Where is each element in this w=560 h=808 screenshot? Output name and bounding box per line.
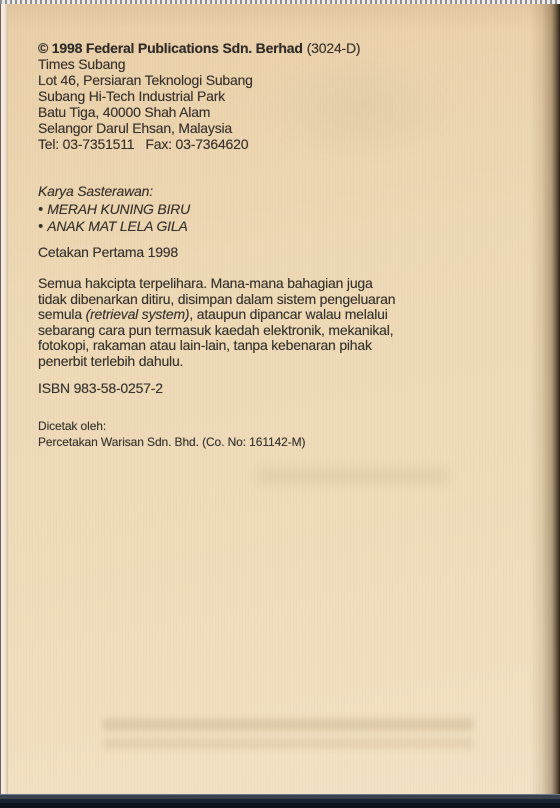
isbn-line: ISBN 983-58-0257-2 [38,380,163,396]
rights-paragraph: Semua hakcipta terpelihara. Mana-mana ba… [38,276,438,370]
retrieval-system-italic: (retrieval system) [86,306,190,322]
works-block: Karya Sasterawan: ● MERAH KUNING BIRU ● … [38,183,190,236]
work-title: ANAK MAT LELA GILA [47,218,187,236]
work-item: ● ANAK MAT LELA GILA [38,218,190,236]
rights-text: , ataupun dipancar walau melalui [189,306,387,322]
works-heading: Karya Sasterawan: [38,183,190,201]
page-paper: © 1998 Federal Publications Sdn. Berhad(… [8,4,560,794]
rights-line: sebarang cara pun termasuk kaedah elektr… [38,323,438,339]
page-showthrough-ghost [258,462,448,496]
registration-number: (3024-D) [307,40,361,56]
bullet-icon: ● [38,200,43,218]
printer-block: Dicetak oleh: Percetakan Warisan Sdn. Bh… [38,419,305,450]
copyright-text: © 1998 Federal Publications Sdn. Berhad [38,40,303,56]
facing-page-sliver [0,4,8,794]
address-line: Lot 46, Persiaran Teknologi Subang [38,72,360,88]
rights-text: semula [38,306,86,322]
address-line: Subang Hi-Tech Industrial Park [38,88,360,104]
page-showthrough-ghost [103,704,473,760]
address-line: Selangor Darul Ehsan, Malaysia [38,120,360,136]
rights-line: fotokopi, rakaman atau lain-lain, tanpa … [38,338,438,354]
address-line: Batu Tiga, 40000 Shah Alam [38,104,360,120]
scan-edge-bottom [0,794,560,808]
copyright-line: © 1998 Federal Publications Sdn. Berhad(… [38,40,360,56]
bullet-icon: ● [38,218,43,236]
scan-edge-top [0,0,560,4]
work-item: ● MERAH KUNING BIRU [38,201,190,219]
rights-line: semula (retrieval system), ataupun dipan… [38,307,438,323]
rights-line: Semua hakcipta terpelihara. Mana-mana ba… [38,276,438,292]
tel-fax-line: Tel: 03-7351511 Fax: 03-7364620 [38,136,360,152]
address-line: Times Subang [38,56,360,72]
printer-name: Percetakan Warisan Sdn. Bhd. (Co. No: 16… [38,435,305,451]
work-title: MERAH KUNING BIRU [47,201,190,219]
publisher-block: © 1998 Federal Publications Sdn. Berhad(… [38,40,360,152]
rights-line: penerbit terlebih dahulu. [38,354,438,370]
edition-line: Cetakan Pertama 1998 [38,244,178,260]
scanned-book-copyright-page: © 1998 Federal Publications Sdn. Berhad(… [0,0,560,808]
rights-line: tidak dibenarkan ditiru, disimpan dalam … [38,292,438,308]
printer-label: Dicetak oleh: [38,419,305,435]
